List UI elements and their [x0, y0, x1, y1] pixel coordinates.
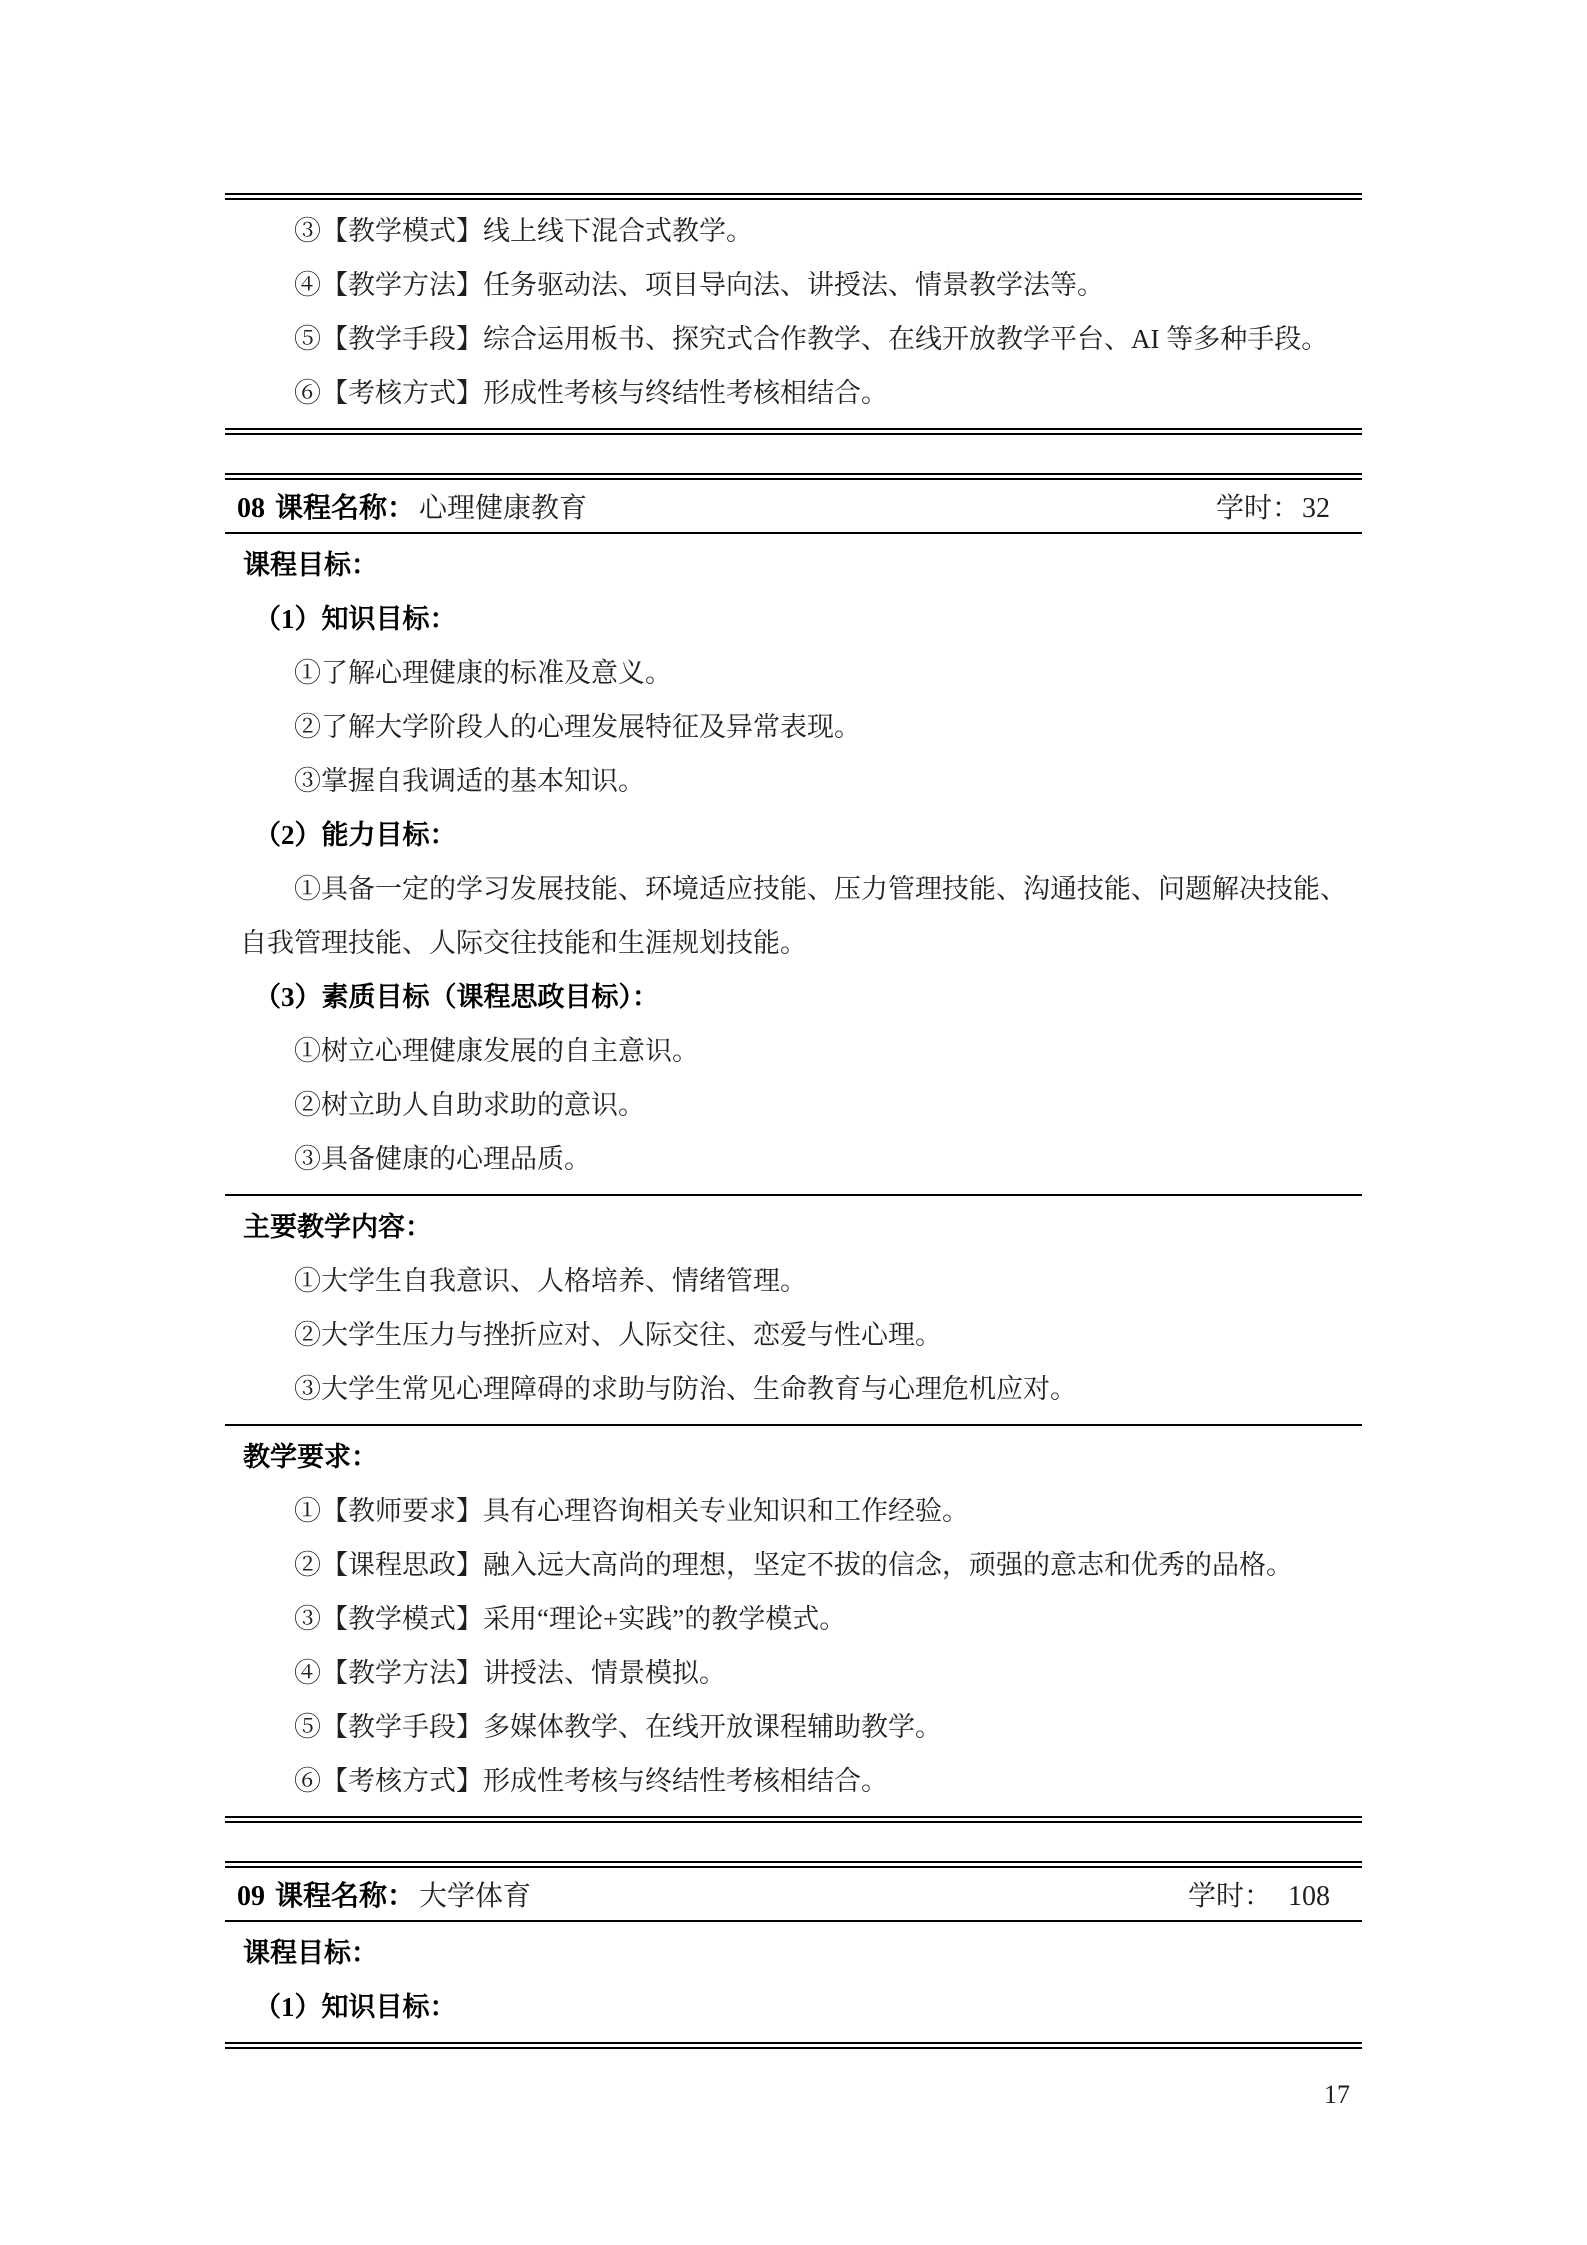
hours-value: 32 — [1302, 493, 1330, 524]
content-cell: 主要教学内容： ①大学生自我意识、人格培养、情绪管理。 ②大学生压力与挫折应对、… — [225, 1196, 1362, 1424]
objective-item: ①了解心理健康的标准及意义。 — [240, 646, 1347, 700]
course-title-row: 09课程名称：大学体育 学时：108 — [225, 1868, 1362, 1920]
content-header: 主要教学内容： — [240, 1200, 1347, 1254]
course-name: 心理健康教育 — [419, 493, 587, 524]
requirements-cell: 教学要求： ①【教师要求】具有心理咨询相关专业知识和工作经验。 ②【课程思政】融… — [225, 1426, 1362, 1816]
requirements-cell: ③【教学模式】线上线下混合式教学。 ④【教学方法】任务驱动法、项目导向法、讲授法… — [225, 200, 1362, 428]
requirements-header: 教学要求： — [240, 1430, 1347, 1484]
course-title-row: 08课程名称：心理健康教育 学时：32 — [225, 480, 1362, 532]
table-bottom-double-border — [225, 1816, 1362, 1823]
content-item: ③大学生常见心理障碍的求助与防治、生命教育与心理危机应对。 — [240, 1362, 1347, 1416]
course-hours: 学时：32 — [1216, 486, 1330, 526]
table-bottom-double-border — [225, 2042, 1362, 2049]
requirement-item: ④【教学方法】任务驱动法、项目导向法、讲授法、情景教学法等。 — [240, 258, 1347, 312]
objectives-header: 课程目标： — [240, 538, 1347, 592]
course-name-label: 课程名称： — [275, 493, 415, 524]
course-hours: 学时：108 — [1188, 1874, 1330, 1914]
requirement-item: ③【教学模式】线上线下混合式教学。 — [240, 204, 1347, 258]
requirement-item: ⑤【教学手段】综合运用板书、探究式合作教学、在线开放教学平台、AI 等多种手段。 — [240, 312, 1347, 366]
course-name: 大学体育 — [419, 1881, 531, 1912]
course-title: 08课程名称：心理健康教育 — [237, 486, 587, 526]
requirement-item: ②【课程思政】融入远大高尚的理想，坚定不拔的信念，顽强的意志和优秀的品格。 — [240, 1538, 1347, 1592]
requirement-item: ③【教学模式】采用“理论+实践”的教学模式。 — [240, 1592, 1347, 1646]
table-top-double-border — [225, 1861, 1362, 1868]
document-page: ③【教学模式】线上线下混合式教学。 ④【教学方法】任务驱动法、项目导向法、讲授法… — [0, 0, 1587, 2245]
objective-item: ①树立心理健康发展的自主意识。 — [240, 1024, 1347, 1078]
table-top-double-border — [225, 473, 1362, 480]
requirement-item: ④【教学方法】讲授法、情景模拟。 — [240, 1646, 1347, 1700]
course-09-table: 09课程名称：大学体育 学时：108 课程目标： （1）知识目标： — [225, 1861, 1362, 2049]
course-number: 08 — [237, 493, 265, 524]
objectives-header: 课程目标： — [240, 1926, 1347, 1980]
requirement-item: ⑤【教学手段】多媒体教学、在线开放课程辅助教学。 — [240, 1700, 1347, 1754]
hours-label: 学时： — [1216, 493, 1300, 524]
hours-value: 108 — [1288, 1881, 1330, 1912]
content-item: ①大学生自我意识、人格培养、情绪管理。 — [240, 1254, 1347, 1308]
course-name-label: 课程名称： — [275, 1881, 415, 1912]
objective-group-heading: （2）能力目标： — [240, 808, 1347, 862]
objectives-cell: 课程目标： （1）知识目标： ①了解心理健康的标准及意义。 ②了解大学阶段人的心… — [225, 534, 1362, 1194]
table-bottom-double-border — [225, 428, 1362, 435]
objective-group-heading: （1）知识目标： — [240, 592, 1347, 646]
objective-item: ②树立助人自助求助的意识。 — [240, 1078, 1347, 1132]
hours-label: 学时： — [1188, 1881, 1272, 1912]
content-item: ②大学生压力与挫折应对、人际交往、恋爱与性心理。 — [240, 1308, 1347, 1362]
objective-item: ③具备健康的心理品质。 — [240, 1132, 1347, 1186]
objective-group-heading: （3）素质目标（课程思政目标）： — [240, 970, 1347, 1024]
table-top-double-border — [225, 193, 1362, 200]
previous-course-requirements-table: ③【教学模式】线上线下混合式教学。 ④【教学方法】任务驱动法、项目导向法、讲授法… — [225, 193, 1362, 435]
objective-item: ③掌握自我调适的基本知识。 — [240, 754, 1347, 808]
requirement-item: ⑥【考核方式】形成性考核与终结性考核相结合。 — [240, 366, 1347, 420]
course-08-table: 08课程名称：心理健康教育 学时：32 课程目标： （1）知识目标： ①了解心理… — [225, 473, 1362, 1823]
objective-item: ②了解大学阶段人的心理发展特征及异常表现。 — [240, 700, 1347, 754]
requirement-item: ①【教师要求】具有心理咨询相关专业知识和工作经验。 — [240, 1484, 1347, 1538]
objective-item: ①具备一定的学习发展技能、环境适应技能、压力管理技能、沟通技能、问题解决技能、自… — [240, 862, 1347, 970]
course-title: 09课程名称：大学体育 — [237, 1874, 531, 1914]
objective-group-heading: （1）知识目标： — [240, 1980, 1347, 2034]
course-number: 09 — [237, 1881, 265, 1912]
page-number: 17 — [225, 2075, 1362, 2115]
objectives-cell: 课程目标： （1）知识目标： — [225, 1922, 1362, 2042]
requirement-item: ⑥【考核方式】形成性考核与终结性考核相结合。 — [240, 1754, 1347, 1808]
